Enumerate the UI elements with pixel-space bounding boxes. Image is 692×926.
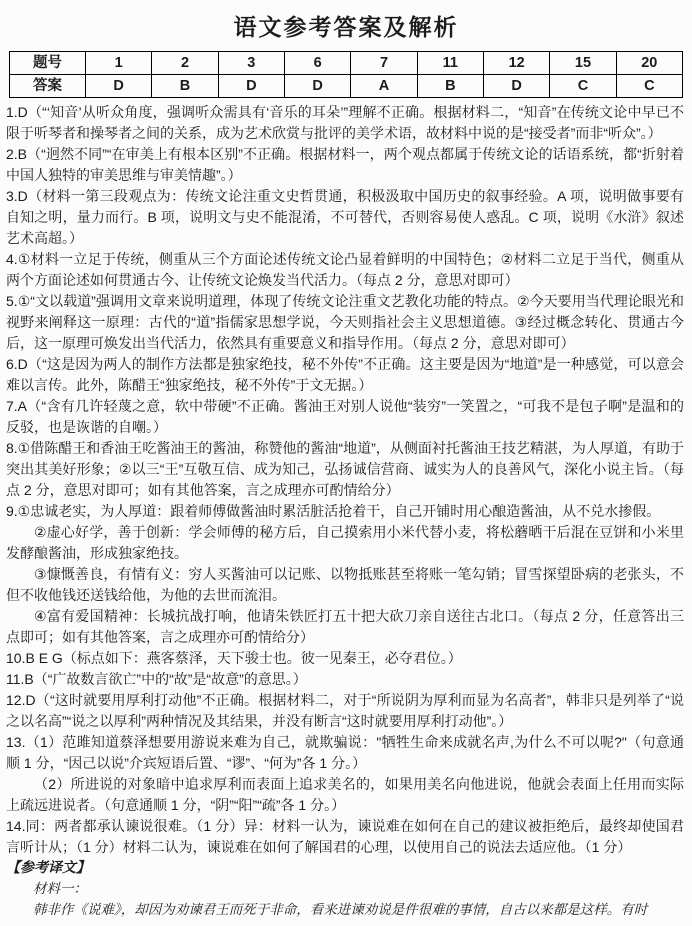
explanations-section: 1.D（“‘知音’从听众角度，强调听众需具有‘音乐的耳朵’”理解不正确。根据材料… (0, 98, 692, 921)
answer-label: 答案 (10, 75, 86, 98)
ans-9-point-1: 9.①忠诚老实，为人厚道：跟着师傅做酱油时累活脏活抢着干，自己开铺时用心酿造酱油… (6, 501, 684, 522)
answer-table: 题号1236711121520 答案DBDDABDCC (9, 51, 683, 98)
answer-cell: C (616, 75, 682, 98)
question-number-cell: 12 (483, 52, 549, 75)
ans-5: 5.①“文以载道”强调用文章来说明道理，体现了传统文论注重文艺教化功能的特点。②… (6, 291, 684, 354)
answer-cell: A (351, 75, 417, 98)
ans-2: 2.B（“迥然不同”“在审美上有根本区别”不正确。根据材料一，两个观点都属于传统… (6, 144, 684, 186)
ans-11: 11.B（“广故数言欲亡”中的“故”是“故意”的意思。） (6, 669, 684, 690)
question-number-cell: 1 (86, 52, 152, 75)
ans-7: 7.A（“含有几许轻蔑之意，软中带硬”不正确。酱油王对别人说他“装穷”一笑置之，… (6, 396, 684, 438)
answer-row: 答案DBDDABDCC (10, 75, 683, 98)
ans-6: 6.D（“这是因为两人的制作方法都是独家绝技，秘不外传”不正确。这主要是因为“地… (6, 354, 684, 396)
question-number-label: 题号 (10, 52, 86, 75)
ans-10: 10.B E G（标点如下：燕客蔡泽，天下骏士也。彼一见秦王，必夺君位。） (6, 648, 684, 669)
translation-material-1-label: 材料一： (6, 879, 684, 900)
answer-cell: B (417, 75, 483, 98)
answer-cell: D (218, 75, 284, 98)
ans-13-part-1: 13.（1）范雎知道蔡泽想要用游说来难为自己，就欺骗说："牺牲生命来成就名声,为… (6, 732, 684, 774)
ans-9-point-4: ④富有爱国精神：长城抗战打响，他请朱铁匠打五十把大砍刀亲自送往古北口。（每点 2… (6, 606, 684, 648)
question-number-cell: 6 (284, 52, 350, 75)
question-number-cell: 15 (550, 52, 616, 75)
answer-cell: C (550, 75, 616, 98)
ans-9-point-2: ②虚心好学，善于创新：学会师傅的秘方后，自己摸索用小米代替小麦，将松蘑晒干后混在… (6, 522, 684, 564)
translation-heading: 【参考译文】 (6, 858, 684, 879)
answer-sheet-page: 语文参考答案及解析 题号1236711121520 答案DBDDABDCC 1.… (0, 0, 692, 926)
question-number-cell: 3 (218, 52, 284, 75)
ans-9-point-3: ③慷慨善良，有情有义：穷人买酱油可以记账、以物抵账甚至将账一笔勾销；冒雪探望卧病… (6, 564, 684, 606)
answer-cell: D (284, 75, 350, 98)
translation-material-1-text: 韩非作《说难》，却因为劝谏君王而死于非命，看来进谏劝说是件很难的事情，自古以来都… (6, 900, 684, 921)
question-number-cell: 11 (417, 52, 483, 75)
page-title: 语文参考答案及解析 (0, 9, 692, 42)
question-number-cell: 7 (351, 52, 417, 75)
ans-4: 4.①材料一立足于传统，侧重从三个方面论述传统文论凸显着鲜明的中国特色；②材料二… (6, 249, 684, 291)
ans-3: 3.D（材料一第三段观点为：传统文论注重文史哲贯通，积极汲取中国历史的叙事经验。… (6, 186, 684, 249)
answer-cell: D (483, 75, 549, 98)
answer-cell: B (152, 75, 218, 98)
answer-cell: D (86, 75, 152, 98)
question-number-cell: 2 (152, 52, 218, 75)
question-number-row: 题号1236711121520 (10, 52, 683, 75)
question-number-cell: 20 (616, 52, 682, 75)
ans-14: 14.同：两者都承认谏说很难。（1 分）异：材料一认为，谏说难在如何在自己的建议… (6, 816, 684, 858)
ans-13-part-2: （2）所进说的对象暗中追求厚利而表面上追求美名的，如果用美名向他进说，他就会表面… (6, 774, 684, 816)
ans-8: 8.①借陈醋王和香油王吃酱油王的酱油，称赞他的酱油“地道”，从侧面衬托酱油王技艺… (6, 438, 684, 501)
ans-1: 1.D（“‘知音’从听众角度，强调听众需具有‘音乐的耳朵’”理解不正确。根据材料… (6, 102, 684, 144)
ans-12: 12.D（“这时就要用厚利打动他”不正确。根据材料二，对于“所说阴为厚利而显为名… (6, 690, 684, 732)
